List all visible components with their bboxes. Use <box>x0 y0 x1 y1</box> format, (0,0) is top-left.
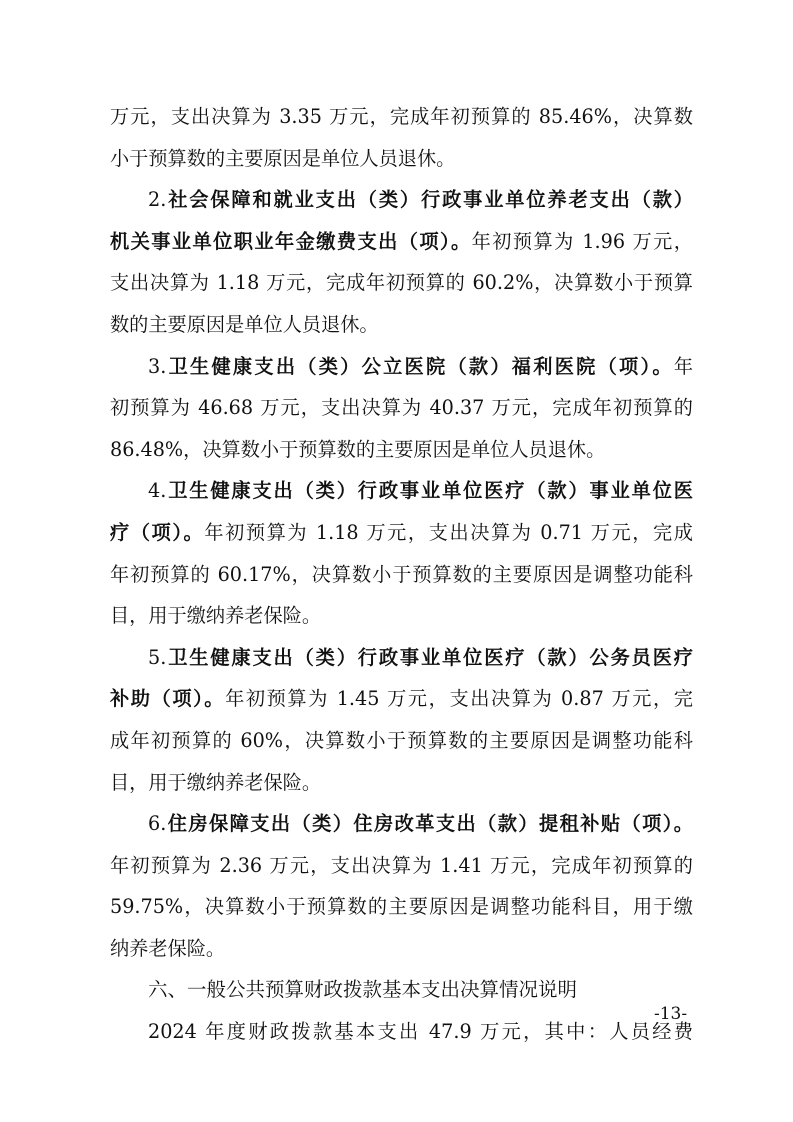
item-6-body-line-1: 年初预算为 2.36 万元，支出决算为 1.41 万元，完成年初预算的 <box>110 845 693 887</box>
item-2-number: 2. <box>148 188 166 211</box>
item-5-body-line-2: 目，用于缴纳养老保险。 <box>110 762 693 804</box>
document-page: 万元，支出决算为 3.35 万元，完成年初预算的 85.46%，决算数 小于预算… <box>110 96 693 1053</box>
item-3-number: 3. <box>148 355 166 378</box>
item-3-title-line: 3.卫生健康支出（类）公立医院（款）福利医院（项）。年 <box>110 346 693 388</box>
item-6-title-line: 6.住房保障支出（类）住房改革支出（款）提租补贴（项）。 <box>110 803 693 845</box>
item-2-body-line-1: 支出决算为 1.18 万元，完成年初预算的 60.2%，决算数小于预算 <box>110 262 693 304</box>
item-4-number: 4. <box>148 479 166 502</box>
page-number: -13- <box>654 1004 687 1024</box>
item-4-title-line-1: 4.卫生健康支出（类）行政事业单位医疗（款）事业单位医 <box>110 470 693 512</box>
item-6-number: 6. <box>148 812 166 835</box>
item-2-body-line-2: 数的主要原因是单位人员退休。 <box>110 304 693 346</box>
item-2-body-start: 年初预算为 1.96 万元， <box>472 230 693 253</box>
item-5-title-line-1: 5.卫生健康支出（类）行政事业单位医疗（款）公务员医疗 <box>110 637 693 679</box>
item-5-number: 5. <box>148 646 166 669</box>
item-2-title-line-2: 机关事业单位职业年金缴费支出（项）。年初预算为 1.96 万元， <box>110 221 693 263</box>
item-5-title-part-1: 卫生健康支出（类）行政事业单位医疗（款）公务员医疗 <box>166 646 693 669</box>
item-4-body-start: 年初预算为 1.18 万元，支出决算为 0.71 万元，完成 <box>204 521 693 544</box>
item-3-body-line-1: 初预算为 46.68 万元，支出决算为 40.37 万元，完成年初预算的 <box>110 387 693 429</box>
item-5-body-line-1: 成年初预算的 60%，决算数小于预算数的主要原因是调整功能科 <box>110 720 693 762</box>
item-2-title-line-1: 2.社会保障和就业支出（类）行政事业单位养老支出（款） <box>110 179 693 221</box>
item-4-title-part-1: 卫生健康支出（类）行政事业单位医疗（款）事业单位医 <box>166 479 693 502</box>
paragraph-1-line-1: 万元，支出决算为 3.35 万元，完成年初预算的 85.46%，决算数 <box>110 96 693 138</box>
item-4-body-line-2: 目，用于缴纳养老保险。 <box>110 595 693 637</box>
section-body-line-1: 2024 年度财政拨款基本支出 47.9 万元，其中：人员经费 <box>110 1011 693 1053</box>
item-4-body-line-1: 年初预算的 60.17%，决算数小于预算数的主要原因是调整功能科 <box>110 554 693 596</box>
item-6-title: 住房保障支出（类）住房改革支出（款）提租补贴（项）。 <box>166 812 693 835</box>
item-5-title-part-2: 补助（项）。 <box>110 687 225 710</box>
item-6-body-line-2: 59.75%，决算数小于预算数的主要原因是调整功能科目，用于缴 <box>110 886 693 928</box>
section-heading: 六、一般公共预算财政拨款基本支出决算情况说明 <box>110 969 693 1011</box>
item-3-body-line-2: 86.48%，决算数小于预算数的主要原因是单位人员退休。 <box>110 429 693 471</box>
item-5-body-start: 年初预算为 1.45 万元，支出决算为 0.87 万元，完 <box>225 687 693 710</box>
item-5-title-line-2: 补助（项）。年初预算为 1.45 万元，支出决算为 0.87 万元，完 <box>110 678 693 720</box>
item-3-title: 卫生健康支出（类）公立医院（款）福利医院（项）。 <box>166 355 674 378</box>
item-3-body-start: 年 <box>674 355 693 378</box>
item-4-title-line-2: 疗（项）。年初预算为 1.18 万元，支出决算为 0.71 万元，完成 <box>110 512 693 554</box>
item-2-title-part-2: 机关事业单位职业年金缴费支出（项）。 <box>110 230 472 253</box>
item-6-body-line-3: 纳养老保险。 <box>110 928 693 970</box>
item-2-title-part-1: 社会保障和就业支出（类）行政事业单位养老支出（款） <box>166 188 693 211</box>
paragraph-1-line-2: 小于预算数的主要原因是单位人员退休。 <box>110 138 693 180</box>
item-4-title-part-2: 疗（项）。 <box>110 521 204 544</box>
